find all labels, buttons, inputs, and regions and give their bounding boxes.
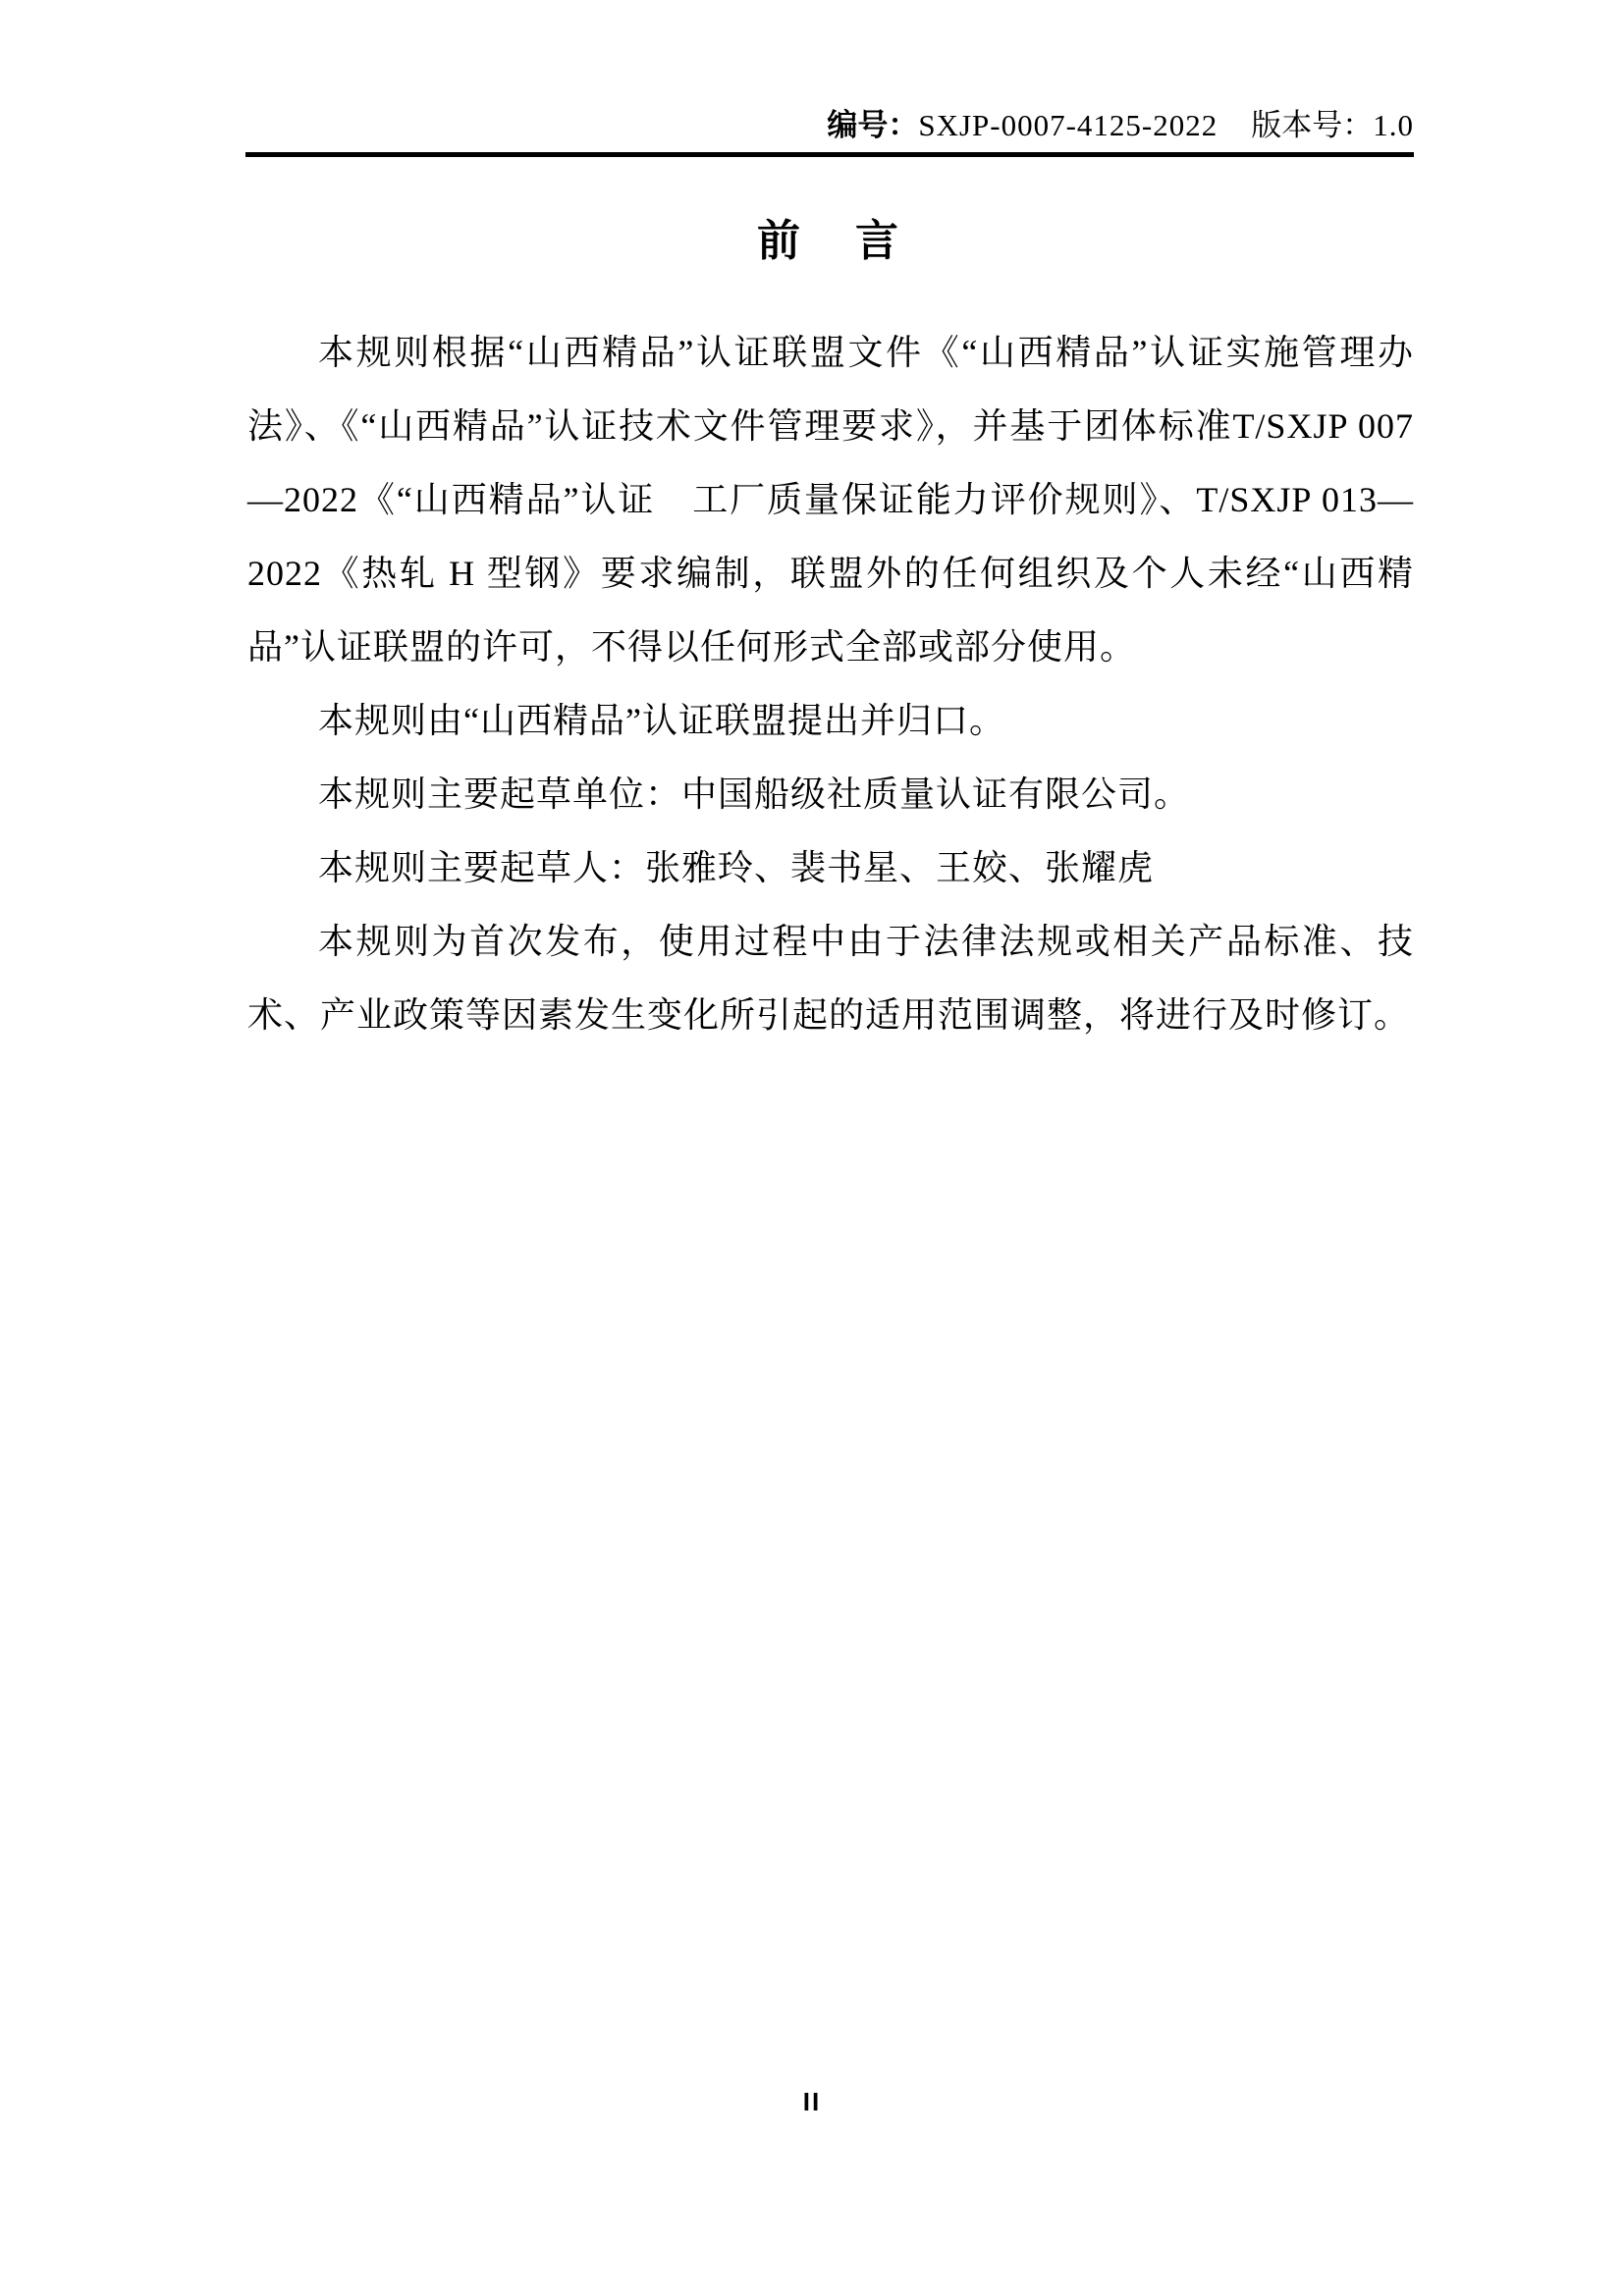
body-paragraph: 本规则由“山西精品”认证联盟提出并归口。 [247, 684, 1414, 758]
body-paragraph: 本规则主要起草人：张雅玲、裴书星、王姣、张耀虎 [247, 831, 1414, 905]
body-paragraph: 本规则主要起草单位：中国船级社质量认证有限公司。 [247, 758, 1414, 831]
body-paragraph: 本规则为首次发布，使用过程中由于法律法规或相关产品标准、技术、产业政策等因素发生… [247, 905, 1414, 1052]
document-header: 编号：SXJP-0007-4125-2022版本号：1.0 [247, 104, 1414, 147]
header-divider-rule [245, 152, 1414, 157]
document-body: 本规则根据“山西精品”认证联盟文件《“山西精品”认证实施管理办法》、《“山西精品… [247, 316, 1414, 1052]
doc-number-value: SXJP-0007-4125-2022 [918, 108, 1218, 142]
page-title: 前 言 [247, 214, 1414, 269]
version-value: 1.0 [1373, 108, 1414, 142]
page-number: II [0, 2087, 1624, 2117]
document-page: 编号：SXJP-0007-4125-2022版本号：1.0 前 言 本规则根据“… [0, 0, 1624, 2296]
body-paragraph: 本规则根据“山西精品”认证联盟文件《“山西精品”认证实施管理办法》、《“山西精品… [247, 316, 1414, 684]
version-label: 版本号： [1251, 108, 1373, 142]
doc-number-label: 编号： [827, 108, 918, 142]
